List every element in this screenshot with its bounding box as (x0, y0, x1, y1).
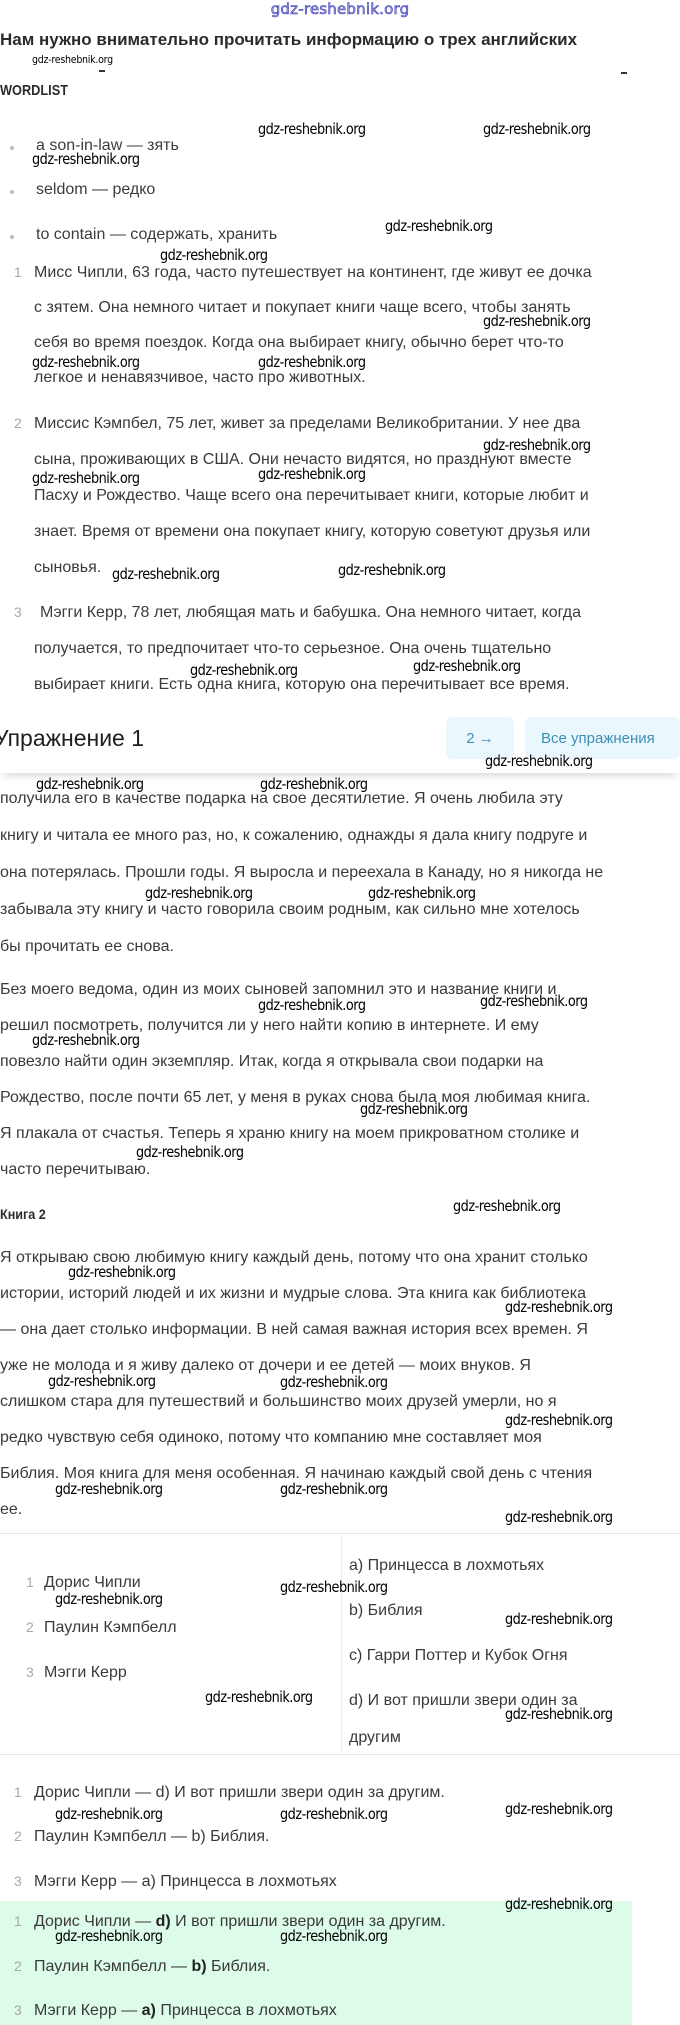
watermark: gdz-reshebnik.org (485, 752, 593, 770)
watermark: gdz-reshebnik.org (505, 1411, 613, 1429)
watermark: gdz-reshebnik.org (280, 1480, 388, 1498)
watermark: gdz-reshebnik.org (505, 1298, 613, 1316)
watermark: gdz-reshebnik.org (136, 1143, 244, 1161)
watermark: gdz-reshebnik.org (483, 436, 591, 454)
wordlist-item: seldom — редко (10, 181, 155, 199)
watermark: gdz-reshebnik.org (338, 561, 446, 579)
watermark: gdz-reshebnik.org (32, 1031, 140, 1049)
watermark: gdz-reshebnik.org (483, 120, 591, 138)
book2-title: Книга 2 (0, 1206, 46, 1222)
watermark: gdz-reshebnik.org (32, 53, 113, 66)
watermark: gdz-reshebnik.org (190, 661, 298, 679)
watermark: gdz-reshebnik.org (55, 1805, 163, 1823)
watermark: gdz-reshebnik.org (55, 1480, 163, 1498)
watermark: gdz-reshebnik.org (55, 1590, 163, 1608)
watermark: gdz-reshebnik.org (258, 996, 366, 1014)
watermark: gdz-reshebnik.org (505, 1610, 613, 1628)
watermark: gdz-reshebnik.org (413, 657, 521, 675)
watermark: gdz-reshebnik.org (360, 1100, 468, 1118)
watermark: gdz-reshebnik.org (280, 1578, 388, 1596)
bullet-icon (10, 146, 14, 150)
exercise-title: Упражнение 1 (0, 725, 144, 752)
watermark: gdz-reshebnik.org (505, 1508, 613, 1526)
watermark: gdz-reshebnik.org (145, 884, 253, 902)
watermark: gdz-reshebnik.org (505, 1705, 613, 1723)
book-option: c) Гарри Поттер и Кубок Огня (349, 1647, 568, 1665)
watermark: gdz-reshebnik.org (36, 775, 144, 793)
watermark: gdz-reshebnik.org (205, 1688, 313, 1706)
watermark: gdz-reshebnik.org (258, 120, 366, 138)
watermark: gdz-reshebnik.org (68, 1263, 176, 1281)
watermark: gdz-reshebnik.org (48, 1372, 156, 1390)
wordlist-item: to contain — содержать, хранить (10, 226, 277, 244)
dash-mark (621, 72, 627, 74)
book-option: b) Библия (349, 1602, 423, 1620)
answer-box: 1 Дорис Чипли — d) И вот пришли звери од… (0, 1901, 632, 2025)
column-divider (341, 1534, 342, 1754)
watermark: gdz-reshebnik.org (385, 217, 493, 235)
dash-mark (99, 70, 105, 72)
watermark: gdz-reshebnik.org (55, 1927, 163, 1945)
wordlist-title: WORDLIST (0, 82, 68, 99)
watermark: gdz-reshebnik.org (258, 465, 366, 483)
watermark: gdz-reshebnik.org (480, 992, 588, 1010)
watermark: gdz-reshebnik.org (160, 246, 268, 264)
watermark: gdz-reshebnik.org (483, 312, 591, 330)
watermark: gdz-reshebnik.org (368, 884, 476, 902)
watermark: gdz-reshebnik.org (112, 565, 220, 583)
watermark: gdz-reshebnik.org (453, 1197, 561, 1215)
watermark: gdz-reshebnik.org (32, 150, 140, 168)
site-watermark: gdz-reshebnik.org (0, 0, 680, 18)
book-option: a) Принцесса в лохмотьях (349, 1557, 544, 1575)
watermark: gdz-reshebnik.org (280, 1373, 388, 1391)
watermark: gdz-reshebnik.org (280, 1805, 388, 1823)
watermark: gdz-reshebnik.org (505, 1800, 613, 1818)
bullet-icon (10, 235, 14, 239)
watermark: gdz-reshebnik.org (505, 1895, 613, 1913)
watermark: gdz-reshebnik.org (258, 353, 366, 371)
watermark: gdz-reshebnik.org (32, 353, 140, 371)
watermark: gdz-reshebnik.org (260, 775, 368, 793)
watermark: gdz-reshebnik.org (280, 1927, 388, 1945)
page-heading: Нам нужно внимательно прочитать информац… (0, 30, 577, 50)
watermark: gdz-reshebnik.org (32, 469, 140, 487)
book-option-continued: другим (349, 1729, 401, 1747)
bullet-icon (10, 190, 14, 194)
